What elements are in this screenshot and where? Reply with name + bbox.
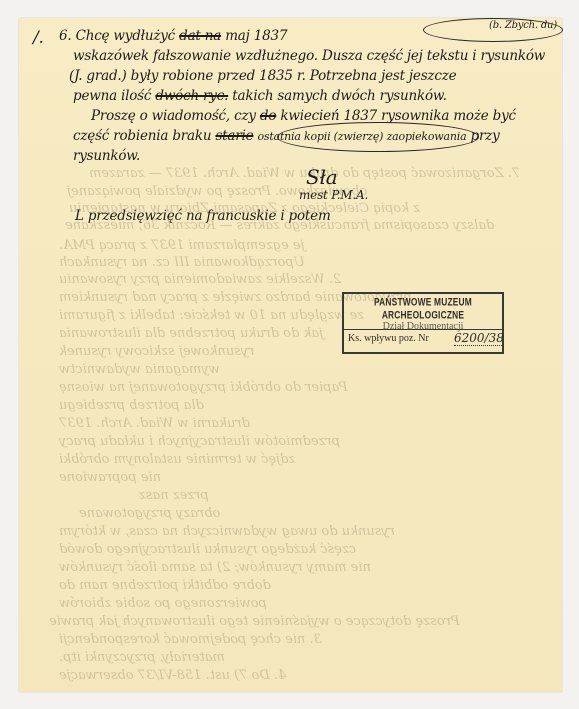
- bleed-line: 7. Zorganizować postęp do druku w Wiad. …: [89, 166, 520, 181]
- bleed-line: 4. Do 7) ust. 158-VI/37 obserwacje: [59, 668, 286, 683]
- bleed-line: wymagania wydawnictw: [59, 362, 220, 377]
- bleed-line: dobre odbitki potrzebne nam do: [59, 578, 271, 593]
- bleed-line: Uporządkowania III cz. na rysunkach: [59, 255, 305, 270]
- bleed-line: drukarni w Wiad. Arch. 1937: [59, 416, 250, 431]
- line-text: pewna ilość: [73, 88, 151, 104]
- letter-line-1: 6. Chcę wydłużyć dat na maj 1837: [59, 28, 287, 44]
- bleed-line: przez nasz: [139, 488, 209, 503]
- letter-line-5: Proszę o wiadomość, czy do kwiecień 1837…: [91, 108, 516, 124]
- signature-title: mest P.M.A.: [299, 188, 368, 202]
- struck-text: starie: [215, 128, 253, 144]
- line-text: (J. grad.) były robione przed 1835 r. Po…: [69, 68, 456, 84]
- stamp-register-number: 6200/38: [454, 331, 504, 346]
- struck-text: dwóch ryc.: [155, 88, 228, 104]
- museum-stamp: PAŃSTWOWE MUZEUM ARCHEOLOGICZNE Dział Do…: [342, 292, 504, 354]
- document-page: 7. Zorganizować postęp do druku w Wiad. …: [19, 18, 562, 692]
- bleed-line: ze względu na 10 w tekście: tabelki z fi…: [59, 308, 364, 323]
- stamp-institution: PAŃSTWOWE MUZEUM ARCHEOLOGICZNE: [344, 295, 502, 321]
- bleed-line: jak do druku potrzebne dla ilustrowania: [59, 326, 323, 341]
- letter-line-7: rysunków.: [73, 148, 140, 164]
- bleed-line: 3. nie chcę podejmować korespondencji: [59, 632, 322, 647]
- line-text: takich samych dwóch rysunków.: [232, 88, 447, 104]
- bleed-line: rysunkowej szkicowy rysunek: [59, 344, 254, 359]
- bleed-line: 2. Wszelkie zawiadomienia przy rysowaniu: [59, 272, 341, 287]
- struck-text: do: [260, 108, 276, 124]
- bleed-line: Proszę dotyczące o wyjaśnienie tego ilus…: [49, 614, 460, 629]
- letter-line-2: wskazówek fałszowanie wzdłużnego. Dusza …: [73, 48, 545, 64]
- inline-circle: [277, 122, 479, 152]
- letter-line-4: pewna ilość dwóch ryc. takich samych dwó…: [73, 88, 447, 104]
- margin-mark: /.: [33, 28, 44, 48]
- top-right-circle: [423, 18, 563, 42]
- stamp-register-label: Ks. wpływu poz. Nr: [348, 333, 429, 344]
- line-text: maj 1837: [225, 28, 287, 44]
- bleed-line: dla potrzeb przebiegu: [59, 398, 204, 413]
- bleed-line: powierzonego po sobie zbiorów: [59, 596, 267, 611]
- signature-initials: Sła: [306, 165, 338, 189]
- line-text: 6. Chcę wydłużyć: [59, 28, 175, 44]
- bleed-line: materiały, przyczynki itp.: [59, 650, 225, 665]
- bleed-line: rysunku do uwag wydawniczych na czas, w …: [59, 524, 395, 539]
- bleed-line: Papier do obróbki przygotowanej na wiosn…: [59, 380, 348, 395]
- bleed-line: nie mamy rysunków; 2) ta sama ilość rysu…: [59, 560, 371, 575]
- line-text: część robienia braku: [73, 128, 211, 144]
- stamp-divider: [344, 329, 502, 330]
- line-text: Proszę o wiadomość, czy: [91, 108, 256, 124]
- bleed-line: zdjęć w terminie ustalonym obróbki: [59, 452, 295, 467]
- bleed-line: część każdego rysunku ilustracyjnego dow…: [59, 542, 356, 557]
- letter-line-3: (J. grad.) były robione przed 1835 r. Po…: [69, 68, 456, 84]
- line-text: wskazówek fałszowanie wzdłużnego. Dusza …: [73, 48, 545, 64]
- bleed-line: je egzemplarzami 1937 z pracą PMA.: [59, 238, 305, 253]
- footnote-line: L przedsięwzięć na francuskie i potem: [75, 208, 331, 224]
- bleed-line: nie poprawione: [59, 470, 161, 485]
- struck-text: dat na: [179, 28, 221, 44]
- bleed-line: obrazy przygotowane: [79, 506, 220, 521]
- line-text: rysunków.: [73, 148, 140, 164]
- bleed-line: przedmiotów ilustracyjnych i układu prac…: [59, 434, 340, 449]
